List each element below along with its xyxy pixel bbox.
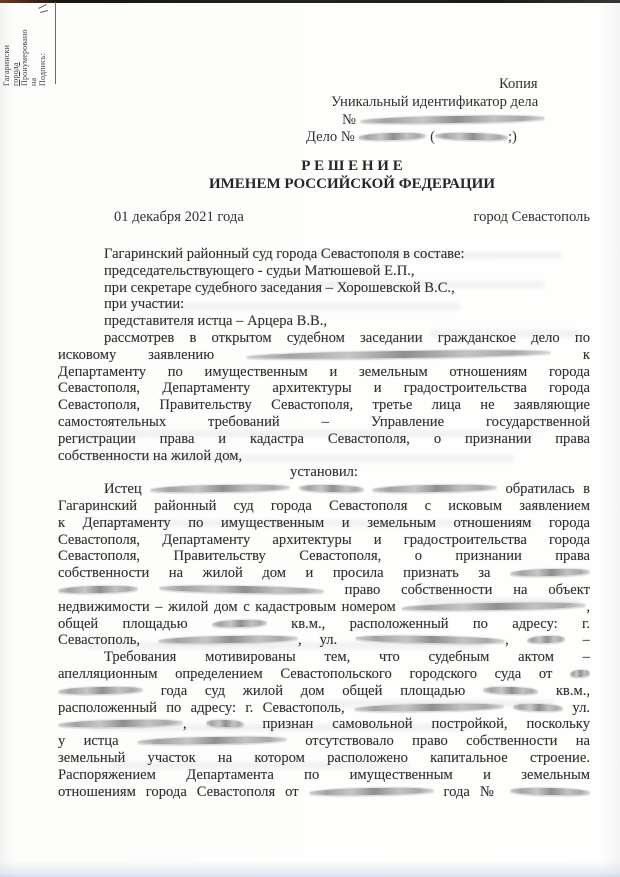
- redaction: [150, 484, 290, 493]
- redaction: [527, 636, 565, 643]
- header-line-case: Дело № (;): [306, 129, 517, 146]
- text-line: расположенный по адресу: г. Севастополь,…: [58, 700, 590, 717]
- text-line: Севастополя, Департаменту архитектуры и …: [58, 532, 590, 549]
- stamp-line: города: [11, 0, 20, 86]
- text-line: Севастополя, Департаменту архитектуры и …: [58, 380, 590, 397]
- stamp-line: Гагарински: [2, 0, 11, 86]
- text-line: апелляционным определением Севастопольск…: [58, 666, 590, 683]
- text-line: Гагаринский районный суд города Севастоп…: [58, 498, 590, 515]
- text-line: земельный участок на котором расположено…: [58, 750, 590, 767]
- scan-edge-bottom: [0, 861, 620, 877]
- redaction: [58, 585, 138, 593]
- header-line-uid: Уникальный идентификатор дела: [331, 94, 538, 111]
- redaction: [58, 720, 183, 729]
- text-line: исковому заявлению к: [58, 347, 590, 364]
- redaction: [372, 484, 497, 493]
- text-line: к Департаменту по имущественным и земель…: [58, 515, 590, 532]
- text-line: Распоряжением Департамента по имуществен…: [58, 767, 590, 784]
- scan-edge-top: [0, 0, 620, 3]
- redaction: [212, 619, 267, 627]
- redaction: [137, 736, 287, 745]
- redaction: [570, 670, 590, 677]
- text-line: Истец обратилась в: [58, 481, 590, 498]
- text-line: Гагаринский районный суд города Севастоп…: [58, 246, 590, 263]
- text-line: при участии:: [58, 296, 590, 313]
- text-line: рассмотрев в открытом судебном заседании…: [58, 330, 590, 347]
- redaction: [299, 485, 364, 493]
- header-line-copy: Копия: [499, 76, 538, 93]
- text-line: общей площадью кв.м., расположенный по а…: [58, 616, 590, 633]
- text-line: недвижимости – жилой дом с кадастровым н…: [58, 599, 590, 616]
- dateline: 01 декабря 2021 года город Севастополь: [58, 209, 590, 226]
- text-line: Севастополь, , ул. , –: [58, 632, 590, 649]
- text-line: Севастополя, Правительству Севастополя, …: [58, 548, 590, 565]
- text-line: при секретаре судебного заседания – Хоро…: [58, 280, 590, 297]
- stamp-line: Пронумеровано: [20, 0, 29, 86]
- header-line-num: №: [342, 112, 545, 129]
- redaction: [401, 602, 586, 611]
- redaction: [309, 787, 434, 796]
- text-line: право собственности на объект: [58, 582, 590, 599]
- stamp-line: на: [29, 0, 38, 86]
- redaction: [206, 720, 244, 728]
- text-line: у истца отсутствовало право собственност…: [58, 733, 590, 750]
- redaction: [483, 686, 538, 694]
- redaction: [246, 349, 551, 360]
- redaction: [510, 787, 590, 795]
- text-line: собственности на жилой дом и просила при…: [58, 565, 590, 582]
- text-line: , признан самовольной постройкой, поскол…: [58, 716, 590, 733]
- text-line: представителя истца – Арцера В.В.,: [58, 313, 590, 330]
- body-keyword-line: установил:: [58, 464, 590, 481]
- document-title: Р Е Ш Е Н И Е ИМЕНЕМ РОССИЙСКОЙ ФЕДЕРАЦИ…: [58, 158, 618, 193]
- text-line: самостоятельных требований – Управление …: [58, 414, 590, 431]
- document-body: Гагаринский районный суд города Севастоп…: [58, 246, 590, 800]
- text-line: отношениям города Севастополя от года №: [58, 784, 590, 801]
- text-line: Севастополя, Правительству Севастополя, …: [58, 397, 590, 414]
- text-line: года суд жилой дом общей площадью кв.м.,: [58, 683, 590, 700]
- title-line-1: Р Е Ш Е Н И Е: [86, 158, 618, 176]
- text-line: председательствующего - судьи Матюшевой …: [58, 263, 590, 280]
- text-line: Департаменту по имущественным и земельны…: [58, 364, 590, 381]
- redaction: [360, 115, 545, 124]
- redaction: [354, 703, 504, 712]
- redaction: [58, 686, 143, 694]
- redaction: [435, 132, 508, 140]
- redaction: [358, 133, 426, 141]
- redaction: [510, 569, 590, 577]
- scanned-court-decision-page: ГагаринскигородаПронумерованонаПодпись: …: [0, 0, 620, 877]
- stamp-signature-line: [55, 2, 56, 84]
- redaction: [355, 635, 505, 644]
- decision-date: 01 декабря 2021 года: [114, 209, 244, 226]
- text-line: Требования мотивированы тем, что судебны…: [58, 649, 590, 666]
- text-line: собственности на жилой дом,: [58, 448, 590, 465]
- decision-place: город Севастополь: [473, 209, 590, 226]
- redaction: [158, 635, 298, 644]
- redaction: [159, 585, 324, 594]
- text-line: регистрации права и кадастра Севастополя…: [58, 431, 590, 448]
- redaction: [513, 703, 563, 711]
- title-line-2: ИМЕНЕМ РОССИЙСКОЙ ФЕДЕРАЦИИ: [86, 176, 618, 194]
